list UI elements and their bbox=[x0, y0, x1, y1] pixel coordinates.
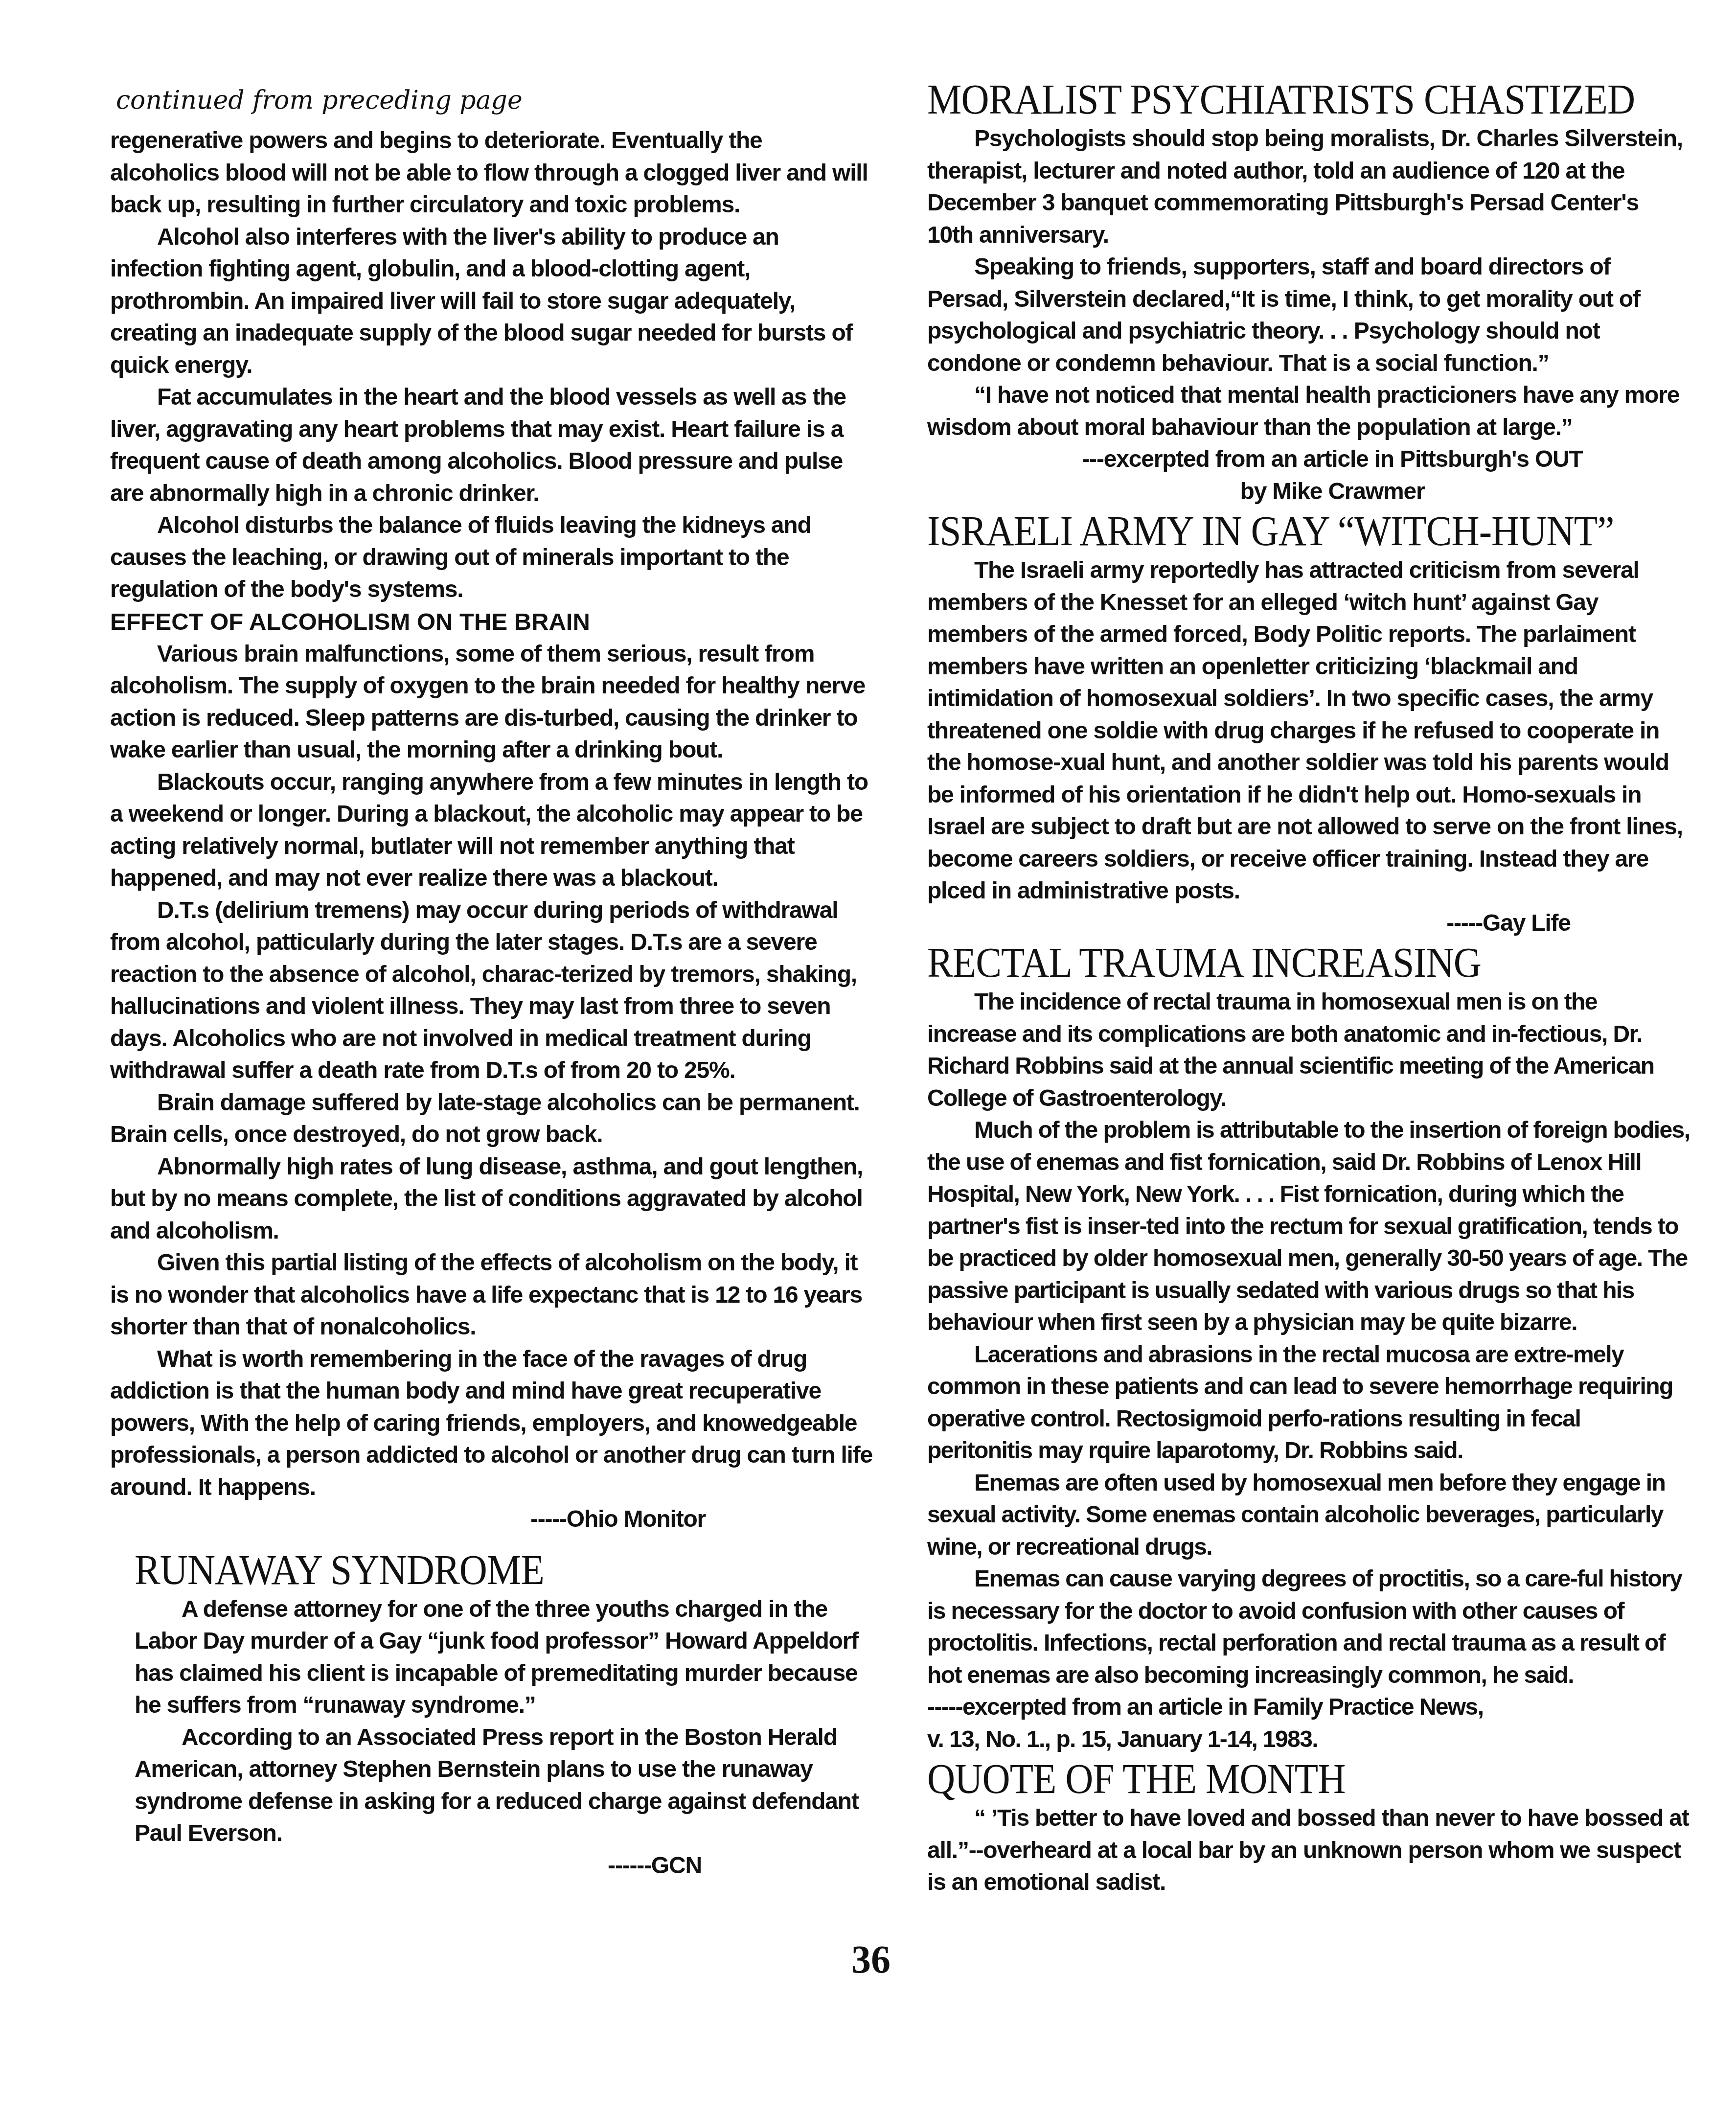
article-paragraph: Given this partial listing of the effect… bbox=[110, 1247, 873, 1343]
article-paragraph: Abnormally high rates of lung disease, a… bbox=[110, 1151, 873, 1247]
article-headline: QUOTE OF THE MONTH bbox=[927, 1755, 1629, 1802]
quote-text: “ ’Tis better to have loved and bossed t… bbox=[927, 1802, 1690, 1899]
article-headline: RUNAWAY SYNDROME bbox=[135, 1546, 814, 1593]
runaway-article: A defense attorney for one of the three … bbox=[110, 1593, 873, 1882]
source-citation: v. 13, No. 1., p. 15, January 1-14, 1983… bbox=[927, 1724, 1690, 1756]
source-credit: ------GCN bbox=[135, 1850, 873, 1882]
article-paragraph: A defense attorney for one of the three … bbox=[135, 1593, 873, 1722]
source-credit: -----Gay Life bbox=[927, 907, 1690, 940]
article-paragraph: Blackouts occur, ranging anywhere from a… bbox=[110, 766, 873, 895]
section-subheading: EFFECT OF ALCOHOLISM ON THE BRAIN bbox=[110, 606, 873, 638]
moralist-article: Psychologists should stop being moralist… bbox=[927, 123, 1690, 507]
article-paragraph: Brain damage suffered by late-stage alco… bbox=[110, 1087, 873, 1151]
quote-article: “ ’Tis better to have loved and bossed t… bbox=[927, 1802, 1690, 1899]
article-paragraph: The incidence of rectal trauma in homose… bbox=[927, 986, 1690, 1114]
article-paragraph: “I have not noticed that mental health p… bbox=[927, 379, 1690, 443]
article-paragraph: Various brain malfunctions, some of them… bbox=[110, 638, 873, 766]
source-credit: -----excerpted from an article in Family… bbox=[927, 1691, 1690, 1724]
rectal-article: The incidence of rectal trauma in homose… bbox=[927, 986, 1690, 1755]
article-paragraph: Enemas are often used by homosexual men … bbox=[927, 1467, 1690, 1563]
article-paragraph: Alcohol also interferes with the liver's… bbox=[110, 221, 873, 382]
article-paragraph: D.T.s (delirium tremens) may occur durin… bbox=[110, 895, 873, 1087]
article-paragraph: Enemas can cause varying degrees of proc… bbox=[927, 1563, 1690, 1691]
israeli-article: The Israeli army reportedly has attracte… bbox=[927, 554, 1690, 939]
article-paragraph: regenerative powers and begins to deteri… bbox=[110, 125, 873, 221]
article-paragraph: Much of the problem is attributable to t… bbox=[927, 1114, 1690, 1339]
article-paragraph: Alcohol disturbs the balance of fluids l… bbox=[110, 509, 873, 606]
alcohol-article: regenerative powers and begins to deteri… bbox=[110, 125, 873, 1536]
article-paragraph: Fat accumulates in the heart and the blo… bbox=[110, 381, 873, 509]
left-column: continued from preceding page regenerati… bbox=[110, 81, 873, 1882]
source-credit: -----Ohio Monitor bbox=[110, 1503, 873, 1536]
continued-label: continued from preceding page bbox=[116, 81, 873, 120]
author-credit: by Mike Crawmer bbox=[927, 476, 1690, 508]
article-headline: ISRAELI ARMY IN GAY “WITCH-HUNT” bbox=[927, 507, 1629, 554]
page-number: 36 bbox=[851, 1938, 891, 1982]
article-headline: MORALIST PSYCHIATRISTS CHASTIZED bbox=[927, 76, 1629, 123]
right-column: MORALIST PSYCHIATRISTS CHASTIZED Psychol… bbox=[927, 76, 1690, 1899]
article-paragraph: According to an Associated Press report … bbox=[135, 1722, 873, 1850]
article-headline: RECTAL TRAUMA INCREASING bbox=[927, 939, 1629, 986]
article-paragraph: What is worth remembering in the face of… bbox=[110, 1343, 873, 1504]
article-paragraph: The Israeli army reportedly has attracte… bbox=[927, 554, 1690, 907]
article-paragraph: Speaking to friends, supporters, staff a… bbox=[927, 251, 1690, 379]
source-credit: ---excerpted from an article in Pittsbur… bbox=[927, 443, 1690, 476]
article-paragraph: Lacerations and abrasions in the rectal … bbox=[927, 1339, 1690, 1467]
article-paragraph: Psychologists should stop being moralist… bbox=[927, 123, 1690, 251]
